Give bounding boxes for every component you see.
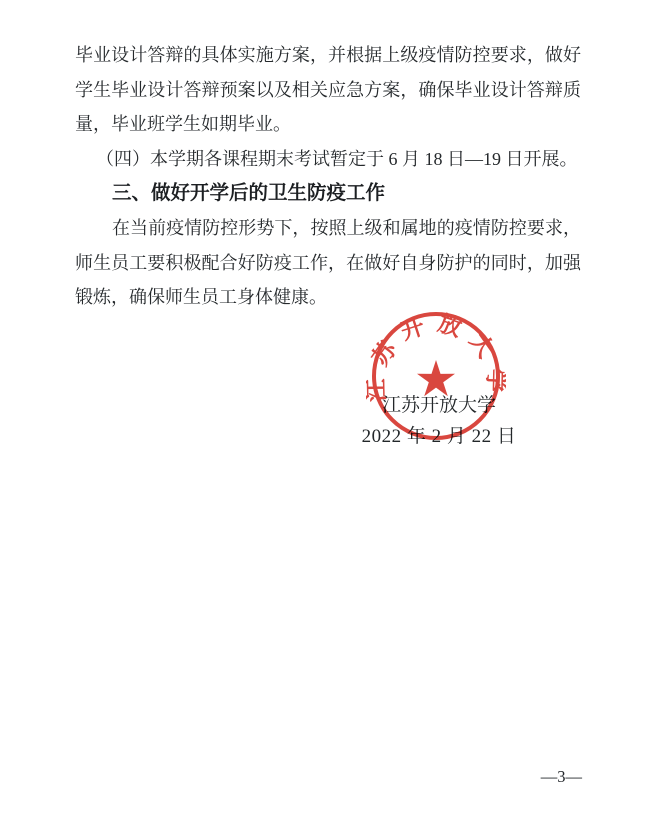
signature-block: 江苏开放大学 2022 年 2 月 22 日 [359, 390, 519, 452]
document-body: 毕业设计答辩的具体实施方案，并根据上级疫情防控要求，做好 学生毕业设计答辩预案以… [75, 38, 581, 315]
paragraph-graduation-line-3: 量，毕业班学生如期毕业。 [75, 107, 581, 142]
paragraph-epidemic-line-3: 锻炼，确保师生员工身体健康。 [75, 280, 581, 315]
document-page: 毕业设计答辩的具体实施方案，并根据上级疫情防控要求，做好 学生毕业设计答辩预案以… [0, 0, 655, 836]
signature-date: 2022 年 2 月 22 日 [359, 421, 519, 452]
paragraph-graduation-line-1: 毕业设计答辩的具体实施方案，并根据上级疫情防控要求，做好 [75, 38, 581, 73]
seal-arc-text: 江苏开放大学 [366, 309, 506, 402]
paragraph-epidemic-line-1: 在当前疫情防控形势下，按照上级和属地的疫情防控要求， [75, 211, 581, 246]
paragraph-graduation-line-2: 学生毕业设计答辩预案以及相关应急方案，确保毕业设计答辩质 [75, 73, 581, 108]
page-number: —3— [541, 766, 582, 788]
item-four-line: （四）本学期各课程期末考试暂定于 6 月 18 日—19 日开展。 [75, 142, 581, 177]
section-three-heading: 三、做好开学后的卫生防疫工作 [75, 176, 581, 211]
paragraph-epidemic-line-2: 师生员工要积极配合好防疫工作，在做好自身防护的同时，加强 [75, 246, 581, 281]
signature-org-name: 江苏开放大学 [359, 390, 519, 421]
svg-text:江苏开放大学: 江苏开放大学 [366, 309, 506, 402]
